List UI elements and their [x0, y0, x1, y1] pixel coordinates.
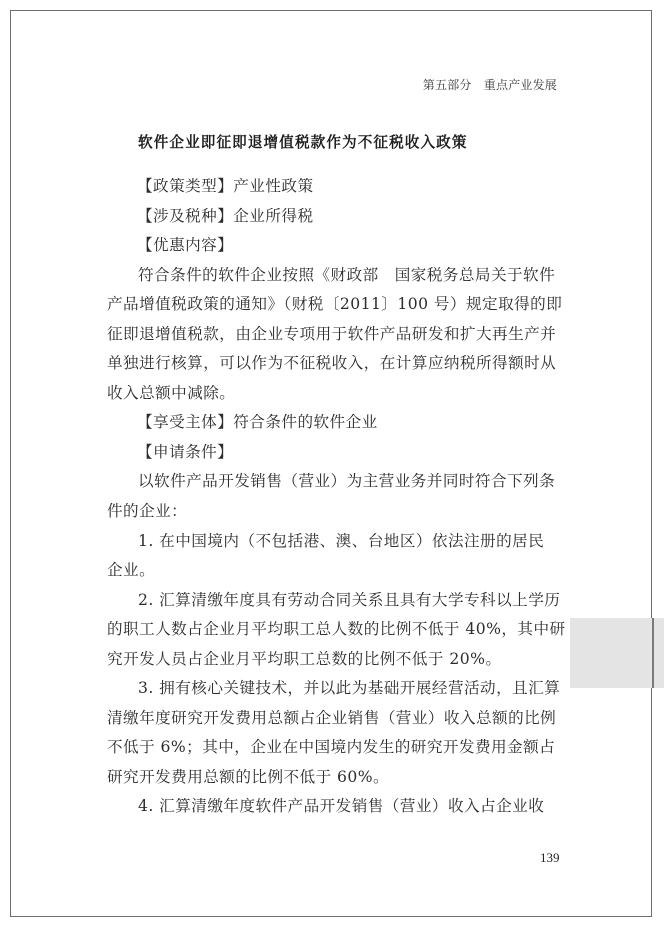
text-line: 企业。 [107, 556, 559, 586]
text-line: 研究开发费用总额的比例不低于 60%。 [107, 763, 559, 793]
condition-item-3: 3. 拥有核心关键技术，并以此为基础开展经营活动，且汇算 清缴年度研究开发费用总… [107, 674, 559, 792]
text-line: 征即退增值税款，由企业专项用于软件产品研发和扩大再生产并 [107, 320, 559, 350]
document-body: 【政策类型】产业性政策 【涉及税种】企业所得税 【优惠内容】 符合条件的软件企业… [107, 172, 559, 822]
condition-item-1: 1. 在中国境内（不包括港、澳、台地区）依法注册的居民 企业。 [107, 527, 559, 586]
running-header: 第五部分 重点产业发展 [423, 77, 557, 93]
condition-item-4: 4. 汇算清缴年度软件产品开发销售（营业）收入占企业收 [107, 792, 559, 822]
conditions-intro: 以软件产品开发销售（营业）为主营业务并同时符合下列条 件的企业： [107, 467, 559, 526]
policy-title: 软件企业即征即退增值税款作为不征税收入政策 [138, 133, 468, 153]
text-line: 清缴年度研究开发费用总额占企业销售（营业）收入总额的比例 [107, 704, 559, 734]
text-line: 究开发人员占企业月平均职工总数的比例不低于 20%。 [107, 645, 559, 675]
field-label: 【申请条件】 [137, 443, 233, 461]
section-thumb-tab [570, 618, 664, 688]
page-number: 139 [540, 850, 560, 866]
text-line: 的职工人数占企业月平均职工总人数的比例不低于 40%，其中研 [107, 615, 559, 645]
text-line: 4. 汇算清缴年度软件产品开发销售（营业）收入占企业收 [107, 792, 559, 822]
field-value: 企业所得税 [233, 207, 313, 225]
text-line: 2. 汇算清缴年度具有劳动合同关系且具有大学专科以上学历 [107, 586, 559, 616]
field-policy-type: 【政策类型】产业性政策 [107, 172, 559, 202]
field-value: 产业性政策 [233, 177, 313, 195]
text-line: 件的企业： [107, 497, 559, 527]
text-line: 不低于 6%；其中，企业在中国境内发生的研究开发费用金额占 [107, 733, 559, 763]
text-line: 收入总额中减除。 [107, 379, 559, 409]
field-beneficiary: 【享受主体】符合条件的软件企业 [107, 408, 559, 438]
field-conditions: 【申请条件】 [107, 438, 559, 468]
text-line: 3. 拥有核心关键技术，并以此为基础开展经营活动，且汇算 [107, 674, 559, 704]
text-line: 产品增值税政策的通知》（财税〔2011〕100 号）规定取得的即 [107, 290, 559, 320]
field-label: 【享受主体】 [137, 413, 233, 431]
text-line: 以软件产品开发销售（营业）为主营业务并同时符合下列条 [107, 467, 559, 497]
field-label: 【优惠内容】 [137, 236, 233, 254]
field-benefit-content: 【优惠内容】 [107, 231, 559, 261]
benefit-paragraph: 符合条件的软件企业按照《财政部 国家税务总局关于软件 产品增值税政策的通知》（财… [107, 261, 559, 409]
text-line: 单独进行核算，可以作为不征税收入，在计算应纳税所得额时从 [107, 349, 559, 379]
text-line: 符合条件的软件企业按照《财政部 国家税务总局关于软件 [107, 261, 559, 291]
page-edge-line [652, 618, 654, 688]
field-label: 【涉及税种】 [137, 207, 233, 225]
condition-item-2: 2. 汇算清缴年度具有劳动合同关系且具有大学专科以上学历 的职工人数占企业月平均… [107, 586, 559, 675]
field-label: 【政策类型】 [137, 177, 233, 195]
field-value: 符合条件的软件企业 [233, 413, 377, 431]
text-line: 1. 在中国境内（不包括港、澳、台地区）依法注册的居民 [107, 527, 559, 557]
field-tax-type: 【涉及税种】企业所得税 [107, 202, 559, 232]
